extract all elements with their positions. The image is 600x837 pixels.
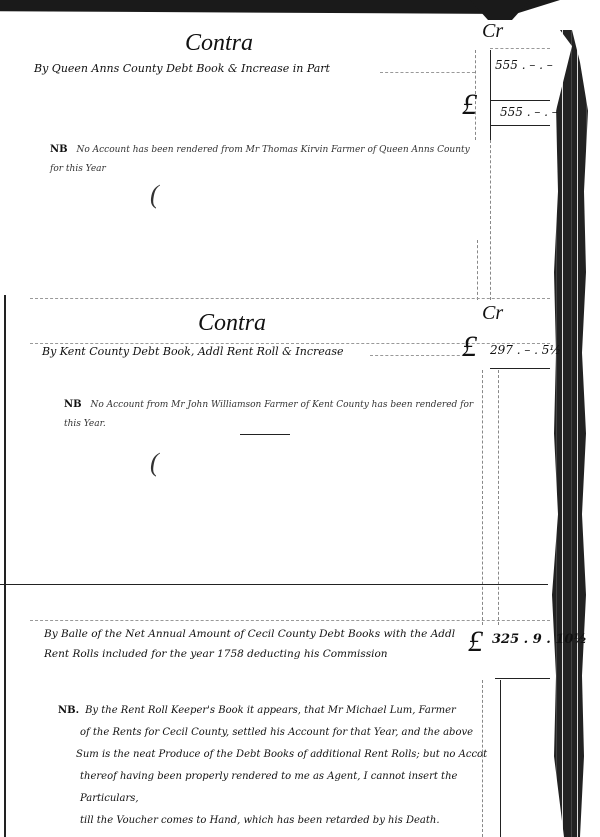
- total-rule: [495, 678, 550, 679]
- ledger-entry: By Queen Anns County Debt Book & Increas…: [34, 62, 330, 75]
- ledger-entry-line-2: Rent Rolls included for the year 1758 de…: [44, 648, 388, 660]
- column-rule: [500, 680, 501, 837]
- section-divider: [0, 584, 548, 585]
- section-total: 325 . 9 . 10½: [492, 632, 587, 647]
- left-margin-rule: [4, 295, 6, 837]
- nb-label: NB: [50, 144, 68, 155]
- column-rule: [482, 370, 483, 625]
- pound-sign: £: [468, 625, 483, 659]
- column-rule: [490, 50, 491, 140]
- leader-dots: [380, 72, 475, 73]
- row-rule: [490, 48, 550, 49]
- note-line: Sum is the neat Produce of the Debt Book…: [58, 744, 498, 766]
- line-filler: [240, 434, 290, 435]
- note-line: till the Voucher comes to Hand, which ha…: [58, 810, 498, 832]
- pen-flourish: (: [150, 180, 159, 210]
- pen-flourish: (: [150, 448, 159, 478]
- ledger-entry-line-1: By Balle of the Net Annual Amount of Cec…: [44, 628, 455, 640]
- note-line: thereof having been properly rendered to…: [58, 766, 498, 810]
- nota-bene-note: NB No Account from Mr John Williamson Fa…: [64, 395, 474, 434]
- leader-dots: [370, 355, 470, 356]
- credit-column-header: Cr: [482, 20, 503, 43]
- pound-sign: £: [462, 330, 477, 364]
- section-heading: Contra: [198, 310, 266, 337]
- nota-bene-note: NB No Account has been rendered from Mr …: [50, 140, 480, 179]
- pound-sign: £: [462, 88, 477, 122]
- column-rule: [490, 140, 491, 300]
- section-heading: Contra: [185, 30, 253, 57]
- total-rule: [490, 125, 550, 126]
- row-rule: [490, 100, 550, 101]
- nb-label: NB.: [58, 705, 79, 716]
- note-text: No Account from Mr John Williamson Farme…: [64, 400, 473, 429]
- note-line: NB.By the Rent Roll Keeper's Book it app…: [58, 700, 498, 722]
- column-rule: [477, 240, 478, 300]
- note-line: of the Rents for Cecil County, settled h…: [58, 722, 498, 744]
- entry-amount: 555 . – . –: [495, 58, 553, 72]
- total-rule: [490, 368, 550, 369]
- nota-bene-note: NB.By the Rent Roll Keeper's Book it app…: [58, 700, 498, 832]
- row-rule: [30, 620, 550, 621]
- book-spine-edge: [548, 30, 600, 837]
- column-rule: [498, 370, 499, 625]
- nb-label: NB: [64, 399, 82, 410]
- note-text: No Account has been rendered from Mr Tho…: [50, 145, 470, 174]
- section-total: 555 . – . –: [500, 105, 558, 119]
- section-divider: [30, 298, 550, 299]
- ledger-entry: By Kent County Debt Book, Addl Rent Roll…: [42, 345, 343, 358]
- section-total: 297 . – . 5½: [490, 343, 561, 357]
- credit-column-header: Cr: [482, 302, 503, 325]
- scan-top-border-tip: [470, 0, 530, 20]
